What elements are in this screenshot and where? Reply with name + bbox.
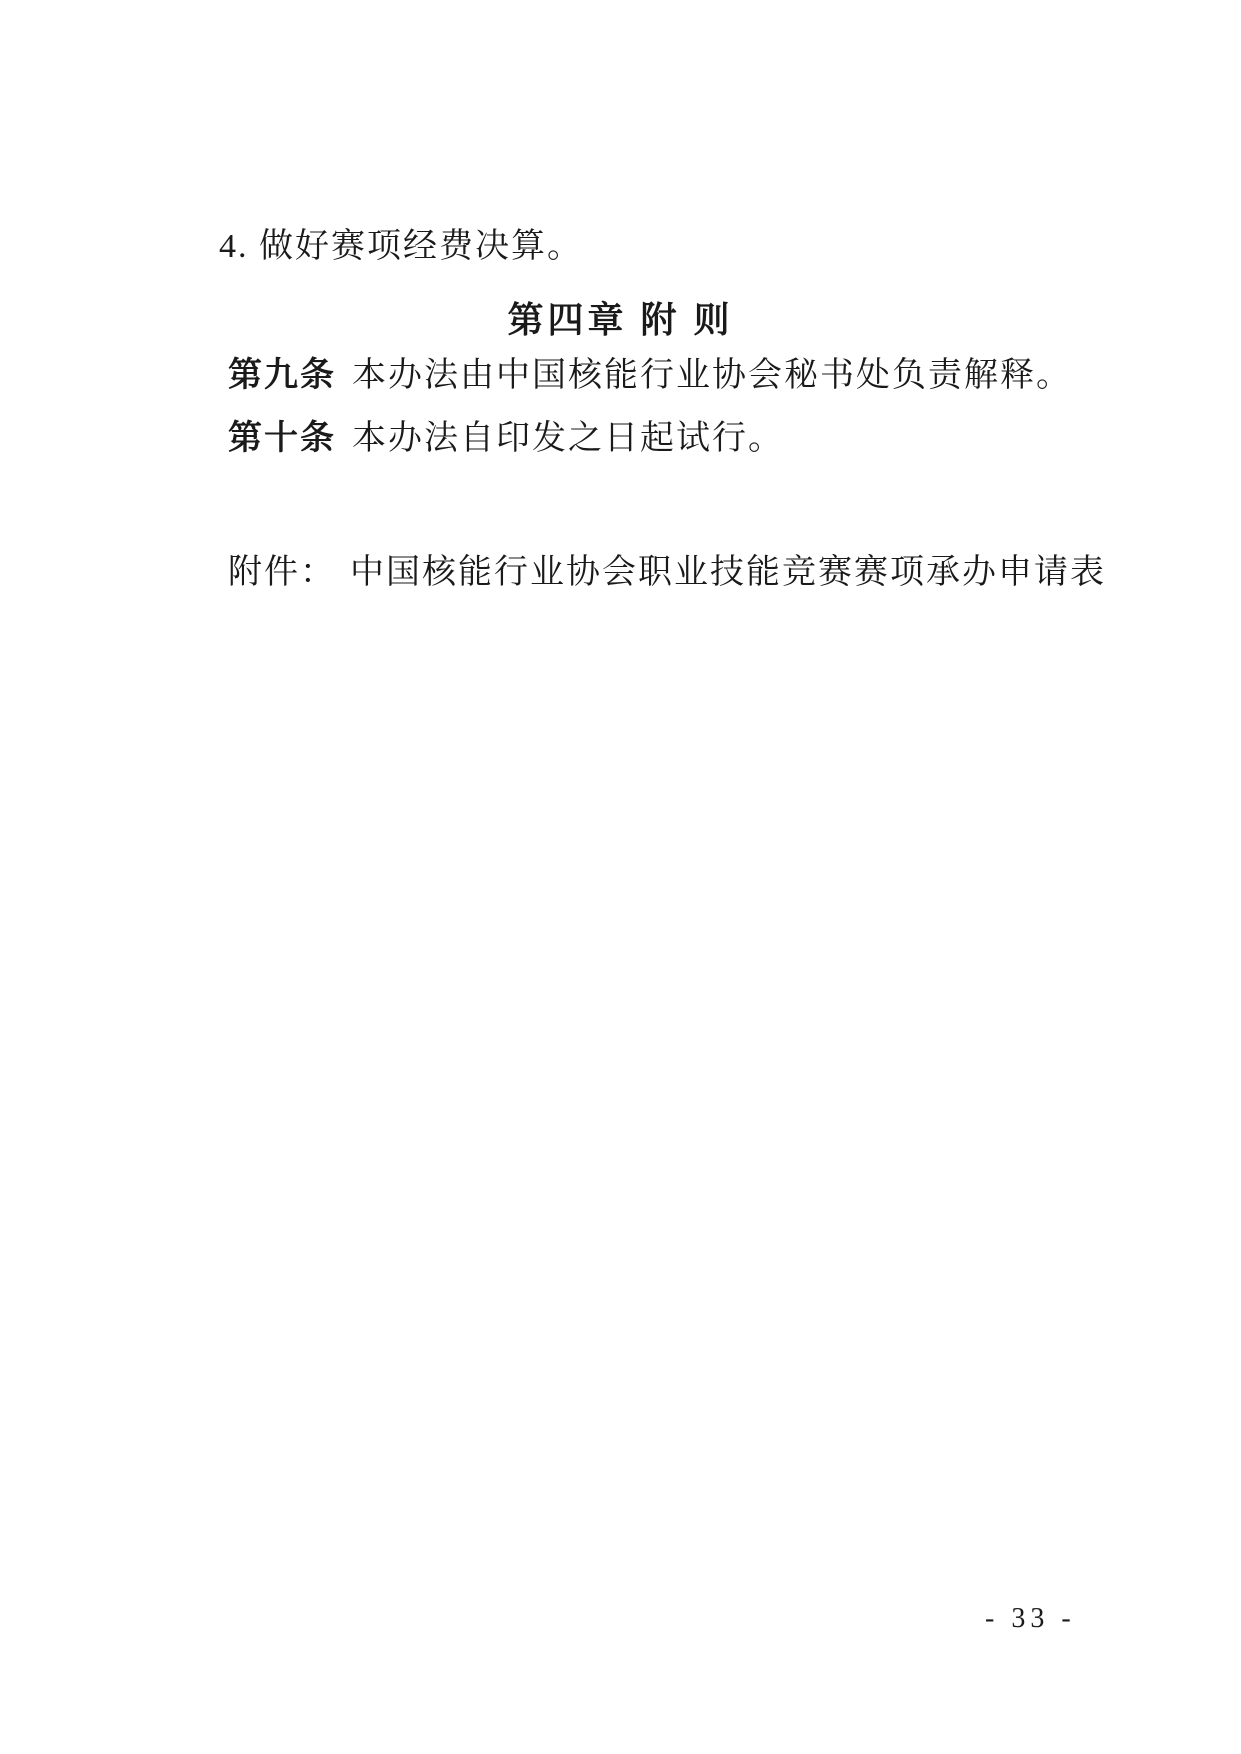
document-page: 4. 做好赛项经费决算。 第四章 附 则 第九条本办法由中国核能行业协会秘书处负…: [0, 0, 1241, 1754]
chapter-heading: 第四章 附 则: [0, 292, 1241, 343]
article-10-text: 本办法自印发之日起试行。: [352, 420, 784, 457]
attachment-text: 中国核能行业协会职业技能竞赛赛项承办申请表: [350, 554, 1106, 591]
attachment-line: 附件：中国核能行业协会职业技能竞赛赛项承办申请表: [228, 554, 1106, 591]
article-10-label: 第十条: [228, 420, 336, 457]
article-9: 第九条本办法由中国核能行业协会秘书处负责解释。: [228, 357, 1072, 394]
attachment-label: 附件：: [228, 554, 336, 591]
page-number: - 33 -: [985, 1603, 1076, 1635]
article-10: 第十条本办法自印发之日起试行。: [228, 420, 784, 457]
article-9-label: 第九条: [228, 357, 336, 394]
list-item-4: 4. 做好赛项经费决算。: [219, 228, 583, 265]
article-9-text: 本办法由中国核能行业协会秘书处负责解释。: [352, 357, 1072, 394]
